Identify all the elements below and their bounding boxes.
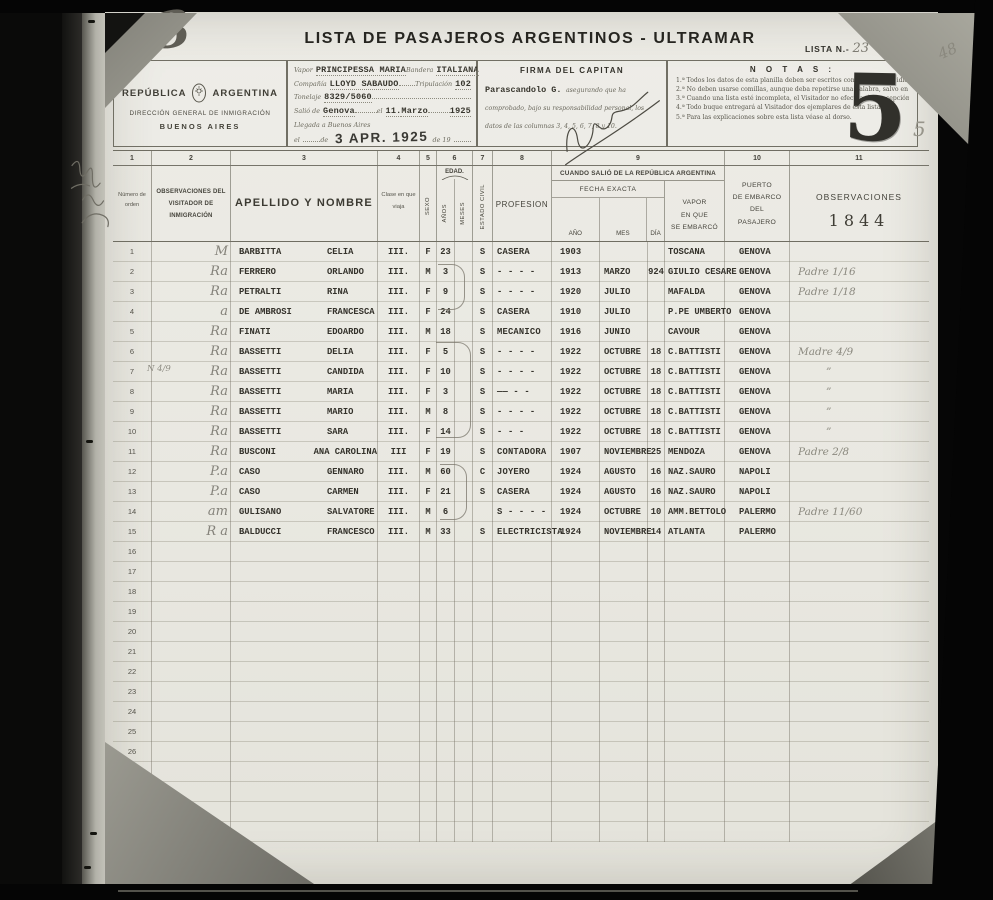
cell-ano-salida <box>552 722 600 742</box>
cell-vapor-embarco: C.BATTISTI <box>665 362 725 382</box>
cell-apellido-nombre <box>231 642 378 662</box>
cell-puerto-embarco <box>725 742 790 762</box>
cell-visitador-mark <box>152 542 231 562</box>
column-number: 4 <box>378 151 420 165</box>
cell-observaciones: ” <box>790 362 928 382</box>
cell-anos <box>437 822 455 842</box>
column-number: 8 <box>493 151 552 165</box>
cell-apellido-nombre: BASSETTI MARIA <box>231 382 378 402</box>
cell-meses <box>455 582 473 602</box>
header-dia: DÍA <box>647 198 664 241</box>
column-number: 1 <box>113 151 152 165</box>
cell-mes-salida: OCTUBRE <box>600 422 648 442</box>
cell-meses <box>455 702 473 722</box>
cell-sexo <box>420 602 437 622</box>
binding-shadow <box>62 0 82 900</box>
cell-ano-salida: 1910 <box>552 302 600 322</box>
cell-ano-salida <box>552 682 600 702</box>
cell-dia-salida <box>648 682 665 702</box>
cell-apellido-nombre <box>231 702 378 722</box>
salio-dia-value: 11. <box>386 106 402 117</box>
cell-mes-salida <box>600 542 648 562</box>
cell-vapor-embarco: ATLANTA <box>665 522 725 542</box>
cell-puerto-embarco: NAPOLI <box>725 462 790 482</box>
cell-puerto-embarco: GENOVA <box>725 322 790 342</box>
binding-stitch <box>90 832 97 835</box>
cell-vapor-embarco: AMM.BETTOLO <box>665 502 725 522</box>
cell-surname <box>231 742 327 762</box>
salio-mes-value: Marzo <box>401 106 428 117</box>
table-row: 8 Ra BASSETTI MARIA III. F 3 S —— - - 19… <box>113 382 929 402</box>
cell-sexo <box>420 682 437 702</box>
org-name-left: REPÚBLICA <box>122 88 186 99</box>
arrival-date-stamp: 3 APR. 1925 <box>335 129 429 146</box>
cell-visitador-mark <box>152 722 231 742</box>
cell-numero: 24 <box>113 702 152 722</box>
cell-mes-salida: OCTUBRE <box>600 382 648 402</box>
tonelaje-value: 8329/5060 <box>324 92 372 103</box>
cell-meses <box>455 822 473 842</box>
cell-ano-salida <box>552 802 600 822</box>
cell-observaciones <box>790 642 928 662</box>
cell-surname: FERRERO <box>231 262 327 282</box>
table-row: 20 <box>113 622 929 642</box>
cell-numero: 15 <box>113 522 152 542</box>
cell-observaciones <box>790 682 928 702</box>
cell-puerto-embarco <box>725 822 790 842</box>
cell-estado-civil <box>473 602 493 622</box>
cell-observaciones <box>790 482 928 502</box>
cell-given-name: ANA CAROLINA <box>314 442 377 462</box>
cell-meses <box>455 322 473 342</box>
cell-profesion <box>493 542 552 562</box>
table-row: 1 M BARBITTA CELIA III. F 23 S CASERA 19… <box>113 242 929 262</box>
cell-apellido-nombre: FERRERO ORLANDO <box>231 262 378 282</box>
cell-dia-salida <box>648 802 665 822</box>
cell-apellido-nombre: DE AMBROSI FRANCESCA <box>231 302 378 322</box>
cell-anos <box>437 802 455 822</box>
cell-sexo: F <box>420 302 437 322</box>
cell-apellido-nombre <box>231 562 378 582</box>
cell-surname <box>231 642 327 662</box>
cell-visitador-mark <box>152 822 231 842</box>
passenger-table: 1 2 3 4 5 6 7 8 9 10 11 Número de orden … <box>113 150 929 842</box>
pencil-age-bracket <box>436 342 471 438</box>
cell-vapor-embarco <box>665 682 725 702</box>
cell-clase <box>378 762 420 782</box>
cell-surname <box>231 762 327 782</box>
cell-profesion <box>493 782 552 802</box>
cell-observaciones <box>790 522 928 542</box>
cell-mes-salida: OCTUBRE <box>600 402 648 422</box>
cell-dia-salida: 924 <box>648 262 665 282</box>
cell-estado-civil <box>473 662 493 682</box>
cell-sexo: F <box>420 362 437 382</box>
cell-profesion: JOYERO <box>493 462 552 482</box>
cell-puerto-embarco: GENOVA <box>725 342 790 362</box>
cell-meses <box>455 722 473 742</box>
lista-number-label: LISTA N.- <box>805 44 850 54</box>
cell-estado-civil: S <box>473 242 493 262</box>
cell-dia-salida <box>648 582 665 602</box>
cell-given-name: MARIO <box>327 402 353 422</box>
cell-puerto-embarco: GENOVA <box>725 242 790 262</box>
cell-clase <box>378 682 420 702</box>
cell-ano-salida <box>552 582 600 602</box>
cell-numero: 16 <box>113 542 152 562</box>
cell-vapor-embarco: NAZ.SAURO <box>665 482 725 502</box>
cell-visitador-mark <box>152 642 231 662</box>
cell-estado-civil <box>473 542 493 562</box>
cell-numero: 21 <box>113 642 152 662</box>
cell-numero: 13 <box>113 482 152 502</box>
cell-visitador-mark <box>152 582 231 602</box>
table-row: 22 <box>113 662 929 682</box>
cell-observaciones <box>790 582 928 602</box>
cell-dia-salida <box>648 702 665 722</box>
table-row: 27 <box>113 762 929 782</box>
header-fecha-exacta: FECHA EXACTA <box>552 181 664 198</box>
cell-puerto-embarco <box>725 702 790 722</box>
cell-ano-salida <box>552 642 600 662</box>
cell-profesion <box>493 662 552 682</box>
cell-profesion: CASERA <box>493 242 552 262</box>
cell-sexo <box>420 702 437 722</box>
cell-apellido-nombre <box>231 722 378 742</box>
cell-sexo: M <box>420 522 437 542</box>
cell-sexo <box>420 662 437 682</box>
cell-mes-salida: AGUSTO <box>600 482 648 502</box>
cell-numero: 22 <box>113 662 152 682</box>
cell-observaciones <box>790 562 928 582</box>
cell-vapor-embarco <box>665 622 725 642</box>
cell-dia-salida: 18 <box>648 382 665 402</box>
handwritten-page-number: 48 <box>935 39 960 63</box>
cell-estado-civil <box>473 622 493 642</box>
cell-surname: GULISANO <box>231 502 327 522</box>
column-number-row: 1 2 3 4 5 6 7 8 9 10 11 <box>113 151 929 166</box>
column-number: 3 <box>231 151 378 165</box>
header-meses: MESES <box>460 196 466 225</box>
cell-profesion <box>493 702 552 722</box>
cell-estado-civil <box>473 562 493 582</box>
cell-visitador-mark: P.a <box>152 482 231 502</box>
cell-clase: III. <box>378 462 420 482</box>
cell-estado-civil: S <box>473 342 493 362</box>
el-label: el <box>377 107 383 115</box>
document-page: 13 LISTA DE PASAJEROS ARGENTINOS - ULTRA… <box>105 12 938 886</box>
cell-profesion <box>493 682 552 702</box>
cell-estado-civil <box>473 782 493 802</box>
cell-clase <box>378 622 420 642</box>
cell-observaciones: Padre 2/8 <box>790 442 928 462</box>
cell-sexo <box>420 722 437 742</box>
table-row: 11 Ra BUSCONI ANA CAROLINA III F 19 S CO… <box>113 442 929 462</box>
cell-anos: 18 <box>437 322 455 342</box>
cell-surname: BASSETTI <box>231 422 327 442</box>
cell-anos: 33 <box>437 522 455 542</box>
cell-vapor-embarco: TOSCANA <box>665 242 725 262</box>
cell-clase <box>378 782 420 802</box>
cell-ano-salida <box>552 662 600 682</box>
cell-profesion: ELECTRICISTA <box>493 522 552 542</box>
cell-surname: BARBITTA <box>231 242 327 262</box>
vapor-value: PRINCIPESSA MARIA <box>316 65 406 76</box>
cell-surname <box>231 602 327 622</box>
cell-mes-salida <box>600 242 648 262</box>
cell-vapor-embarco <box>665 762 725 782</box>
cell-sexo <box>420 542 437 562</box>
cell-apellido-nombre <box>231 822 378 842</box>
cell-ano-salida: 1924 <box>552 502 600 522</box>
cell-clase <box>378 822 420 842</box>
photo-border-bottom <box>0 884 993 900</box>
cell-given-name: CARMEN <box>327 482 359 502</box>
cell-clase <box>378 582 420 602</box>
header-apellido-y-nombre: APELLIDO Y NOMBRE <box>231 166 378 241</box>
binding-stitch <box>86 440 93 443</box>
cell-dia-salida <box>648 542 665 562</box>
cell-mes-salida: OCTUBRE <box>600 362 648 382</box>
cell-surname: DE AMBROSI <box>231 302 327 322</box>
table-row: 19 <box>113 602 929 622</box>
cell-meses <box>455 522 473 542</box>
cell-apellido-nombre: BASSETTI MARIO <box>231 402 378 422</box>
cell-vapor-embarco <box>665 782 725 802</box>
bandera-value: ITALIANA <box>436 65 478 76</box>
cell-apellido-nombre: CASO CARMEN <box>231 482 378 502</box>
cell-visitador-mark <box>152 782 231 802</box>
header-observaciones-visitador: OBSERVACIONES DEL VISITADOR DE INMIGRACI… <box>152 166 231 241</box>
cell-numero: 25 <box>113 722 152 742</box>
cell-anos <box>437 702 455 722</box>
cell-given-name: SARA <box>327 422 348 442</box>
cell-profesion: CASERA <box>493 302 552 322</box>
cell-mes-salida <box>600 742 648 762</box>
table-row: 2 Ra FERRERO ORLANDO III. M 3 S - - - - … <box>113 262 929 282</box>
cell-given-name: ORLANDO <box>327 262 364 282</box>
table-row: 24 <box>113 702 929 722</box>
cell-estado-civil: S <box>473 322 493 342</box>
cell-observaciones <box>790 742 928 762</box>
cell-surname: PETRALTI <box>231 282 327 302</box>
cell-visitador-mark <box>152 802 231 822</box>
cell-surname <box>231 722 327 742</box>
cell-visitador-mark <box>152 742 231 762</box>
cell-vapor-embarco <box>665 642 725 662</box>
cell-observaciones <box>790 822 928 842</box>
cell-puerto-embarco <box>725 622 790 642</box>
cell-ano-salida: 1922 <box>552 422 600 442</box>
cell-puerto-embarco <box>725 722 790 742</box>
cell-estado-civil: S <box>473 482 493 502</box>
header-clase: Clase en que viaja <box>378 166 420 241</box>
cell-sexo: F <box>420 382 437 402</box>
cell-ano-salida <box>552 542 600 562</box>
cell-surname: BUSCONI <box>231 442 314 462</box>
cell-puerto-embarco <box>725 662 790 682</box>
header-observaciones: OBSERVACIONES 1844 <box>790 166 928 241</box>
cell-apellido-nombre: BARBITTA CELIA <box>231 242 378 262</box>
cell-clase: III. <box>378 402 420 422</box>
cell-puerto-embarco <box>725 542 790 562</box>
cell-visitador-mark <box>152 702 231 722</box>
cell-estado-civil: S <box>473 362 493 382</box>
page-edge-strip <box>82 0 107 900</box>
table-row: 18 <box>113 582 929 602</box>
cell-given-name: GENNARO <box>327 462 364 482</box>
cell-vapor-embarco <box>665 742 725 762</box>
cell-estado-civil: C <box>473 462 493 482</box>
cell-numero: 30 <box>113 822 152 842</box>
cell-estado-civil <box>473 682 493 702</box>
cell-ano-salida: 1920 <box>552 282 600 302</box>
cell-visitador-mark: a <box>152 302 231 322</box>
cell-mes-salida <box>600 642 648 662</box>
cell-estado-civil: S <box>473 402 493 422</box>
table-body: 1 M BARBITTA CELIA III. F 23 S CASERA 19… <box>113 242 929 842</box>
cell-estado-civil: S <box>473 382 493 402</box>
cell-ano-salida: 1907 <box>552 442 600 462</box>
cell-mes-salida: AGUSTO <box>600 462 648 482</box>
cell-clase: III. <box>378 242 420 262</box>
cell-puerto-embarco: GENOVA <box>725 382 790 402</box>
cell-surname: BASSETTI <box>231 362 327 382</box>
cell-dia-salida <box>648 302 665 322</box>
cell-visitador-mark: Ra <box>152 402 231 422</box>
cell-profesion: - - - - <box>493 402 552 422</box>
cell-ano-salida: 1916 <box>552 322 600 342</box>
cell-surname: BASSETTI <box>231 382 327 402</box>
cell-sexo <box>420 642 437 662</box>
salio-value: Genova <box>323 106 355 117</box>
header-mes: MES <box>600 198 648 241</box>
el2-label: el <box>294 136 300 144</box>
cell-numero: 3 <box>113 282 152 302</box>
table-row: 5 Ra FINATI EDOARDO III. M 18 S MECANICO… <box>113 322 929 342</box>
cell-profesion <box>493 582 552 602</box>
cell-numero: 26 <box>113 742 152 762</box>
cell-puerto-embarco: NAPOLI <box>725 482 790 502</box>
salio-anio-value: 1925 <box>450 106 471 117</box>
cell-observaciones <box>790 662 928 682</box>
cell-estado-civil <box>473 822 493 842</box>
cell-observaciones <box>790 322 928 342</box>
tripulacion-label: Tripulación <box>415 80 452 88</box>
cell-vapor-embarco: C.BATTISTI <box>665 382 725 402</box>
cell-estado-civil <box>473 802 493 822</box>
cell-clase: III. <box>378 482 420 502</box>
cell-puerto-embarco <box>725 682 790 702</box>
table-row: 7 Ra BASSETTI CANDIDA III. F 10 S - - - … <box>113 362 929 382</box>
cell-anos <box>437 562 455 582</box>
cell-sexo <box>420 622 437 642</box>
table-row: 4 a DE AMBROSI FRANCESCA III. F 24 S CAS… <box>113 302 929 322</box>
cell-clase <box>378 562 420 582</box>
cell-observaciones <box>790 542 928 562</box>
table-row: 23 <box>113 682 929 702</box>
cell-visitador-mark <box>152 622 231 642</box>
cell-visitador-mark: M <box>152 242 231 262</box>
coat-of-arms-icon <box>191 83 207 103</box>
cell-ano-salida: 1922 <box>552 342 600 362</box>
cell-given-name: EDOARDO <box>327 322 364 342</box>
cell-anos <box>437 542 455 562</box>
cell-visitador-mark: am <box>152 502 231 522</box>
cell-puerto-embarco <box>725 762 790 782</box>
cell-ano-salida <box>552 602 600 622</box>
cell-ano-salida <box>552 742 600 762</box>
cell-dia-salida <box>648 722 665 742</box>
cell-meses <box>455 562 473 582</box>
cell-surname: FINATI <box>231 322 327 342</box>
cell-dia-salida <box>648 762 665 782</box>
cell-meses <box>455 542 473 562</box>
table-row: 26 <box>113 742 929 762</box>
cell-apellido-nombre: BASSETTI CANDIDA <box>231 362 378 382</box>
cell-estado-civil: S <box>473 302 493 322</box>
table-row: 13 P.a CASO CARMEN III. F 21 S CASERA 19… <box>113 482 929 502</box>
cell-apellido-nombre <box>231 582 378 602</box>
cell-apellido-nombre: BASSETTI DELIA <box>231 342 378 362</box>
cell-apellido-nombre: BALDUCCI FRANCESCO <box>231 522 378 542</box>
cell-clase: III. <box>378 382 420 402</box>
cell-estado-civil: S <box>473 442 493 462</box>
cell-mes-salida: MARZO <box>600 262 648 282</box>
cell-surname <box>231 562 327 582</box>
cell-puerto-embarco <box>725 602 790 622</box>
cell-ano-salida <box>552 562 600 582</box>
pencil-age-bracket <box>438 264 465 310</box>
cell-anos <box>437 662 455 682</box>
cell-numero: 6 <box>113 342 152 362</box>
cell-apellido-nombre <box>231 602 378 622</box>
cell-visitador-mark <box>152 762 231 782</box>
cell-apellido-nombre <box>231 542 378 562</box>
cell-profesion <box>493 602 552 622</box>
cell-observaciones: Padre 1/16 <box>790 262 928 282</box>
cell-anos <box>437 722 455 742</box>
cell-sexo: M <box>420 322 437 342</box>
table-row: 12 P.a CASO GENNARO III. M 60 C JOYERO 1… <box>113 462 929 482</box>
cell-estado-civil: S <box>473 262 493 282</box>
cell-numero: 27 <box>113 762 152 782</box>
cell-observaciones: Padre 1/18 <box>790 282 928 302</box>
cell-sexo: M <box>420 502 437 522</box>
cell-apellido-nombre: BUSCONI ANA CAROLINA <box>231 442 378 462</box>
cell-puerto-embarco: GENOVA <box>725 262 790 282</box>
cell-meses <box>455 742 473 762</box>
column-number: 5 <box>420 151 437 165</box>
cell-sexo <box>420 802 437 822</box>
cell-surname <box>231 822 327 842</box>
cell-profesion <box>493 722 552 742</box>
cell-visitador-mark <box>152 562 231 582</box>
captain-signature-box: FIRMA DEL CAPITAN Parascandolo G. asegur… <box>477 60 667 147</box>
cell-surname <box>231 682 327 702</box>
cell-observaciones <box>790 762 928 782</box>
cell-puerto-embarco <box>725 782 790 802</box>
cell-ano-salida: 1922 <box>552 402 600 422</box>
cell-estado-civil <box>473 722 493 742</box>
cell-mes-salida <box>600 802 648 822</box>
cell-visitador-mark: Ra <box>152 442 231 462</box>
cell-vapor-embarco: C.BATTISTI <box>665 422 725 442</box>
cell-ano-salida: 1913 <box>552 262 600 282</box>
cell-dia-salida: 18 <box>648 362 665 382</box>
cell-clase <box>378 802 420 822</box>
cell-meses <box>455 642 473 662</box>
